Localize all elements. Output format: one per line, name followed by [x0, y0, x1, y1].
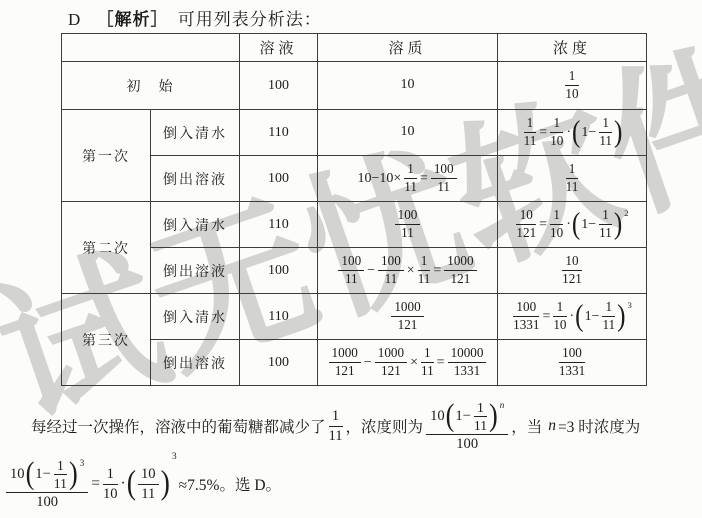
cell-solute: 1000121 — [318, 294, 498, 340]
cell-solute: 10−10×111=10011 — [318, 156, 498, 202]
cell-solute: 10 — [318, 62, 498, 110]
cell-concentration: 111=110·(1−111) — [498, 110, 647, 156]
cell-concentration: 110 — [498, 62, 647, 110]
row-op-pour-out: 倒出溶液 — [151, 340, 240, 386]
cell-solution: 100 — [240, 340, 318, 386]
header-concentration: 浓度 — [498, 34, 647, 62]
row-op-pour-out: 倒出溶液 — [151, 248, 240, 294]
cell-concentration: 1001331=110·(1−111)3 — [498, 294, 647, 340]
cell-solution: 110 — [240, 294, 318, 340]
row-group-third: 第三次 — [62, 294, 151, 386]
header-empty-cell — [62, 34, 240, 62]
cell-solution: 100 — [240, 248, 318, 294]
cell-solution: 100 — [240, 156, 318, 202]
cell-solution: 100 — [240, 62, 318, 110]
table-row-initial: 初 始 100 10 110 — [62, 62, 647, 110]
cell-solute: 10 — [318, 110, 498, 156]
table-row: 第三次 倒入清水 110 1000121 1001331=110·(1−111)… — [62, 294, 647, 340]
cell-solution: 110 — [240, 110, 318, 156]
header-solute: 溶质 — [318, 34, 498, 62]
cell-concentration: 111 — [498, 156, 647, 202]
dilution-table: 溶液 溶质 浓度 初 始 100 10 110 第一次 倒入清水 110 10 … — [61, 33, 647, 386]
cell-concentration: 1001331 — [498, 340, 647, 386]
cell-solute: 1000121−1000121×111=100001331 — [318, 340, 498, 386]
explanation-line-1: 每经过一次操作，溶液中的葡萄糖都减少了111，浓度则为10(1−111)n100… — [30, 393, 641, 459]
table-row: 第二次 倒入清水 110 10011 10121=110·(1−111)2 — [62, 202, 647, 248]
cell-solute: 10011−10011×111=1000121 — [318, 248, 498, 294]
cell-solution: 110 — [240, 202, 318, 248]
answer-letter: D — [68, 10, 81, 29]
header-solution: 溶液 — [240, 34, 318, 62]
row-op-pour-in: 倒入清水 — [151, 110, 240, 156]
cell-solute: 10011 — [318, 202, 498, 248]
row-op-pour-in: 倒入清水 — [151, 202, 240, 248]
row-label-initial: 初 始 — [62, 62, 240, 110]
title-text: 可用列表分析法： — [178, 10, 322, 29]
solution-title: D ［解析］ 可用列表分析法： — [68, 5, 322, 30]
row-group-second: 第二次 — [62, 202, 151, 294]
analysis-tag: ［解析］ — [97, 10, 169, 29]
explanation-line-2: 10(1−111)3100=110·(1011)3≈7.5%。选 D。 — [4, 451, 282, 517]
row-op-pour-out: 倒出溶液 — [151, 156, 240, 202]
cell-concentration: 10121 — [498, 248, 647, 294]
table-row: 第一次 倒入清水 110 10 111=110·(1−111) — [62, 110, 647, 156]
row-op-pour-in: 倒入清水 — [151, 294, 240, 340]
table-header-row: 溶液 溶质 浓度 — [62, 34, 647, 62]
row-group-first: 第一次 — [62, 110, 151, 202]
cell-concentration: 10121=110·(1−111)2 — [498, 202, 647, 248]
